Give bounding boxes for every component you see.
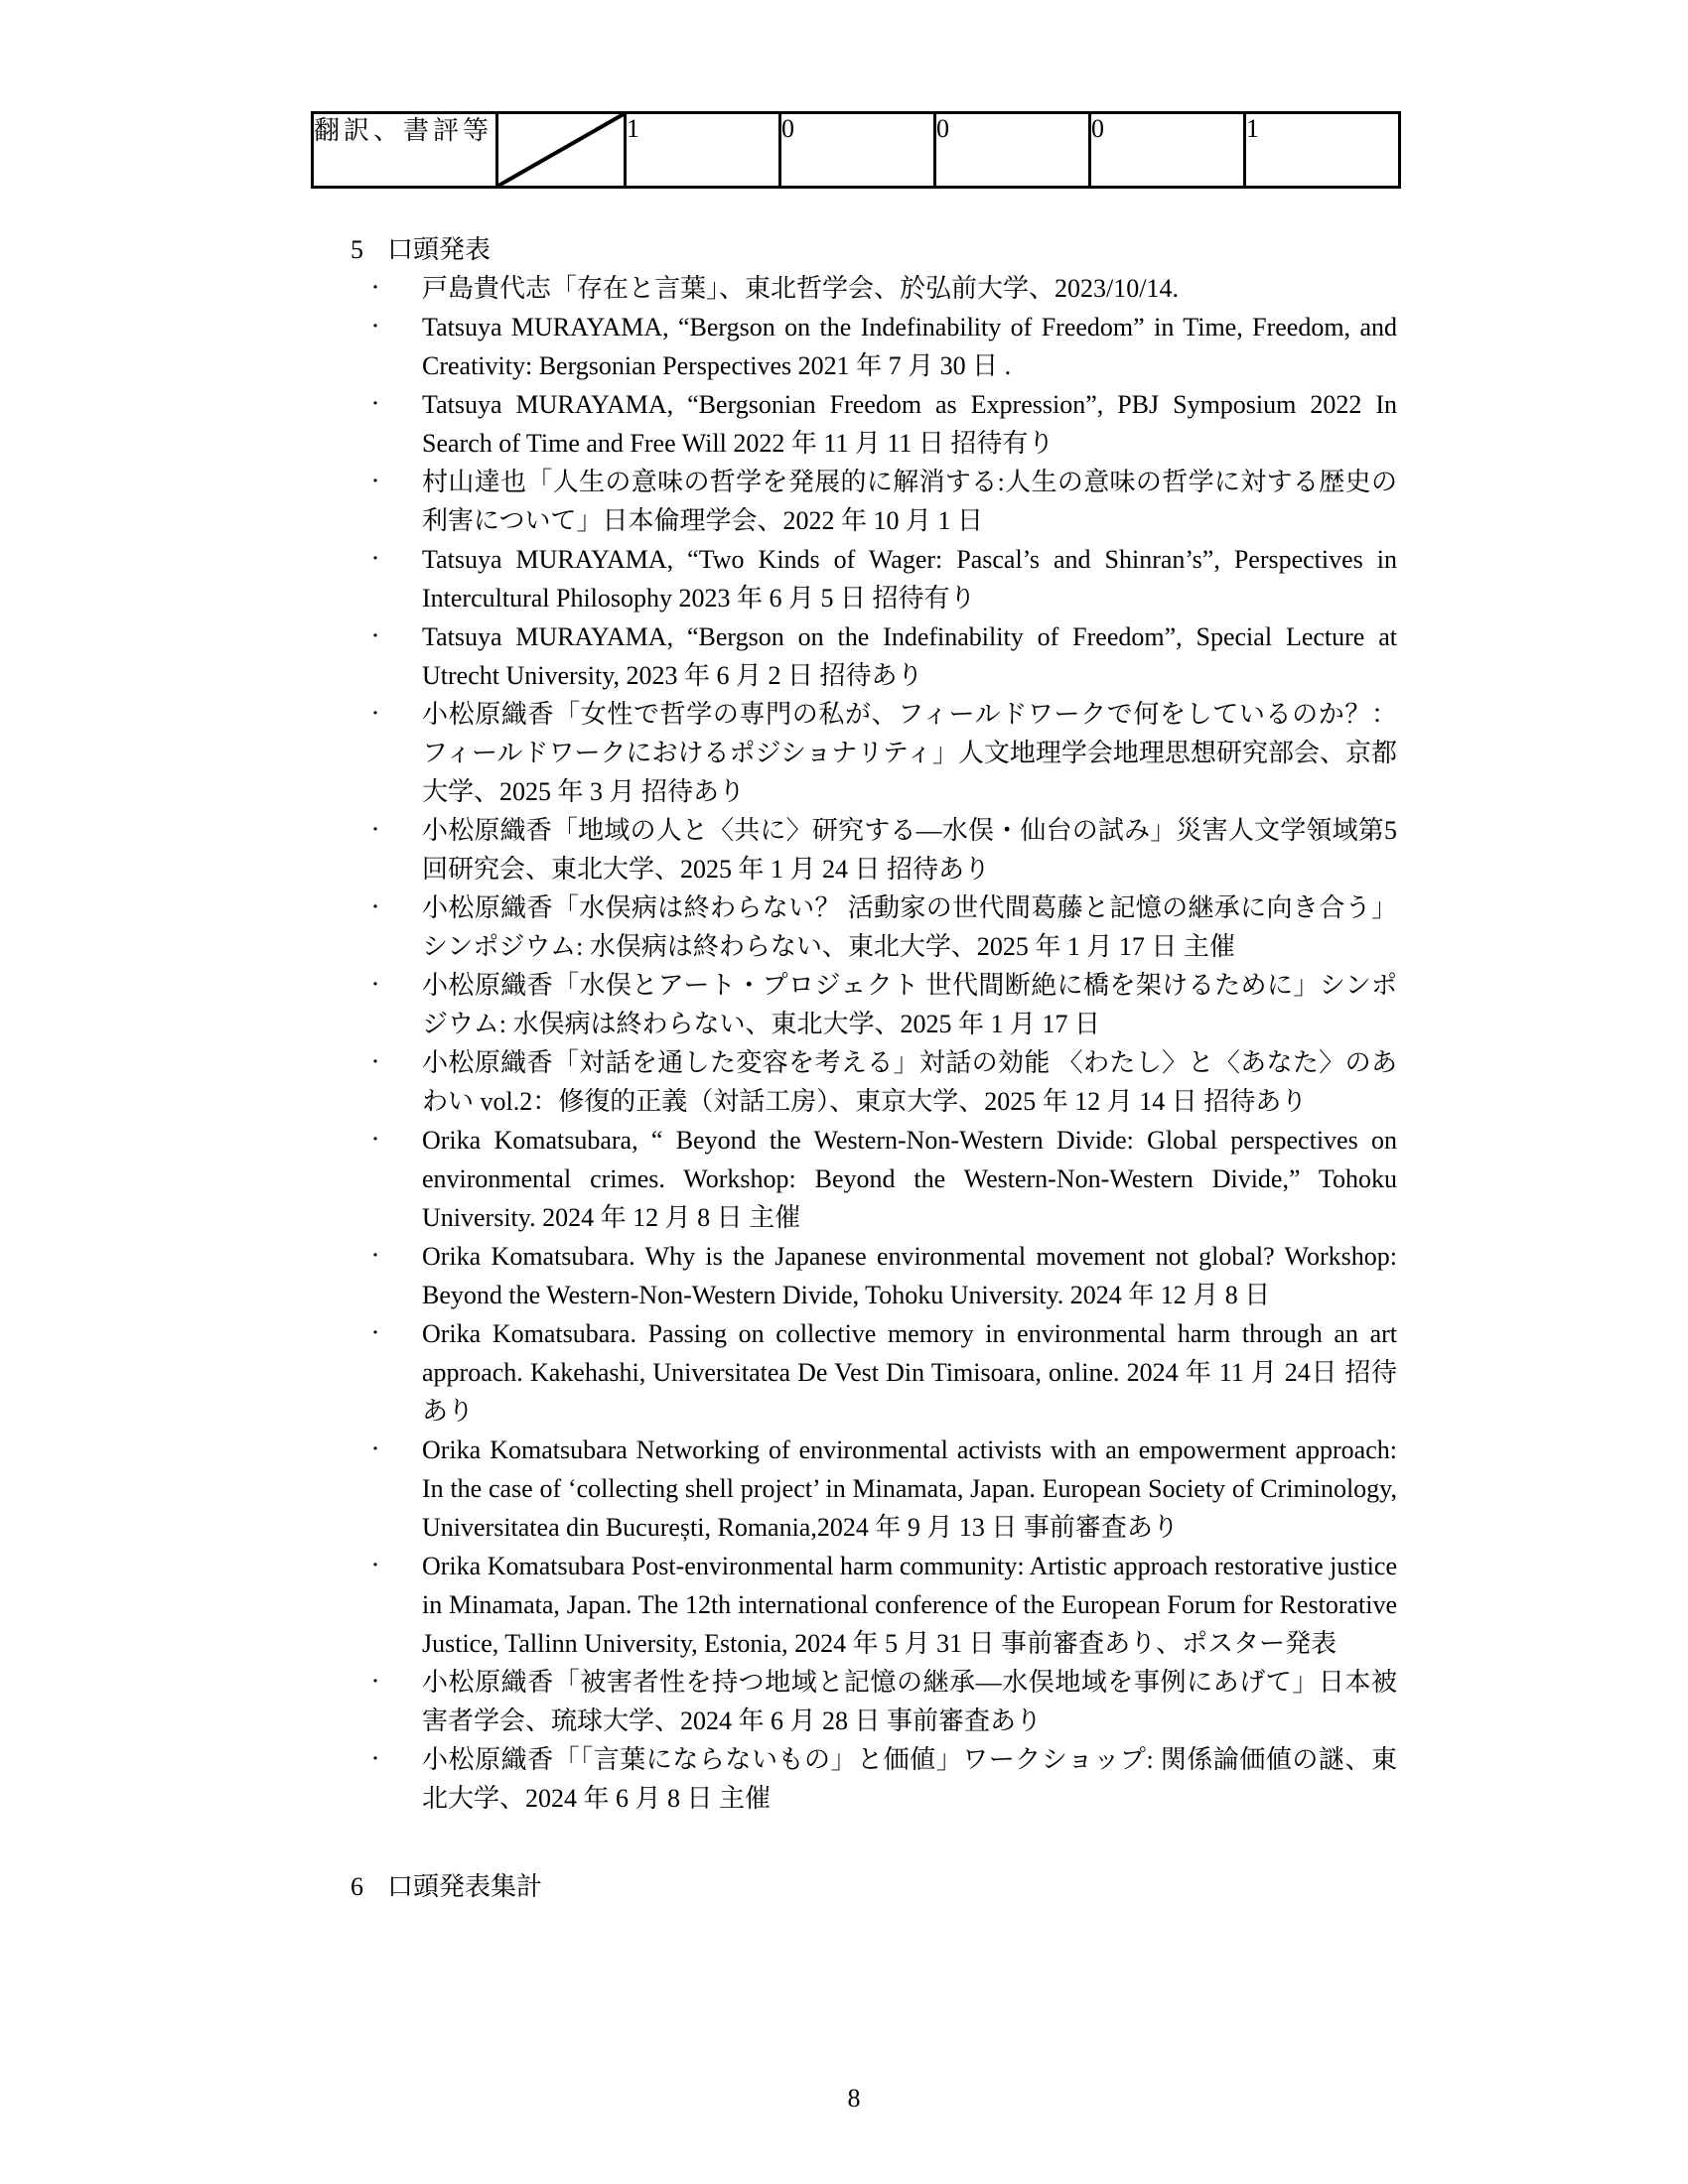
count-cell-2: 0 [780,113,935,188]
presentation-entry: 小松原織香「地域の人と〈共に〉研究する―水俣・仙台の試み」災害人文学領域第5回研… [422,811,1397,888]
presentation-entry: 小松原織香「対話を通した変容を考える」対話の効能 〈わたし〉と〈あなた〉のあわい… [422,1043,1397,1121]
bullet-marker: ・ [366,308,422,385]
presentation-entry: 小松原織香「「言葉にならないもの」と価値」ワークショップ: 関係論価値の謎、東北… [422,1740,1397,1818]
list-item: ・戸島貴代志「存在と言葉」、東北哲学会、於弘前大学、2023/10/14. [311,269,1397,308]
list-item: ・Tatsuya MURAYAMA, “Two Kinds of Wager: … [311,540,1397,617]
list-item: ・小松原織香「対話を通した変容を考える」対話の効能 〈わたし〉と〈あなた〉のあわ… [311,1043,1397,1121]
presentation-entry: 戸島貴代志「存在と言葉」、東北哲学会、於弘前大学、2023/10/14. [422,269,1397,308]
page-number: 8 [311,2079,1397,2117]
document-page: 翻訳、書評等 1 0 0 0 1 5口頭発表 ・戸島貴代志「存在と言葉」、東北哲… [0,0,1688,2184]
list-item: ・Orika Komatsubara Networking of environ… [311,1431,1397,1547]
bullet-marker: ・ [366,1237,422,1314]
count-cell-4: 0 [1090,113,1245,188]
row-label: 翻訳、書評等 [314,116,492,145]
section-title: 口頭発表集計 [387,1872,542,1901]
presentation-entry: Tatsuya MURAYAMA, “Two Kinds of Wager: P… [422,540,1397,617]
list-item: ・小松原織香「女性で哲学の専門の私が、フィールドワークで何をしているのか？： フ… [311,695,1397,811]
section-title: 口頭発表 [387,235,491,264]
diagonal-slash-icon [498,114,624,186]
bullet-marker: ・ [366,1314,422,1431]
presentation-entry: Orika Komatsubara. Passing on collective… [422,1314,1397,1431]
bullet-marker: ・ [366,1043,422,1121]
bullet-marker: ・ [366,540,422,617]
presentation-entry: Orika Komatsubara, “ Beyond the Western-… [422,1121,1397,1237]
list-item: ・Orika Komatsubara Post-environmental ha… [311,1547,1397,1663]
bullet-marker: ・ [366,385,422,463]
presentation-entry: 小松原織香「女性で哲学の専門の私が、フィールドワークで何をしているのか？： フィ… [422,695,1397,811]
bullet-marker: ・ [366,888,422,966]
bullet-marker: ・ [366,1547,422,1663]
bullet-marker: ・ [366,695,422,811]
presentation-entry: Tatsuya MURAYAMA, “Bergson on the Indefi… [422,617,1397,695]
section-5-heading: 5口頭発表 [311,230,1397,269]
presentation-entry: 小松原織香「水俣とアート・プロジェクト 世代間断絶に橋を架けるために」シンポジウ… [422,966,1397,1043]
list-item: ・Tatsuya MURAYAMA, “Bergsonian Freedom a… [311,385,1397,463]
list-item: ・Orika Komatsubara, “ Beyond the Western… [311,1121,1397,1237]
count-cell-5: 1 [1245,113,1400,188]
section-number: 6 [351,1867,387,1906]
section-number: 5 [351,230,387,269]
list-item: ・小松原織香「水俣病は終わらない？ 活動家の世代間葛藤と記憶の継承に向き合う」シ… [311,888,1397,966]
presentation-list: ・戸島貴代志「存在と言葉」、東北哲学会、於弘前大学、2023/10/14.・Ta… [311,269,1397,1818]
presentation-entry: Orika Komatsubara. Why is the Japanese e… [422,1237,1397,1314]
publication-count-table: 翻訳、書評等 1 0 0 0 1 [311,111,1401,189]
presentation-entry: Orika Komatsubara Post-environmental har… [422,1547,1397,1663]
bullet-marker: ・ [366,463,422,540]
list-item: ・小松原織香「被害者性を持つ地域と記憶の継承―水俣地域を事例にあげて」日本被害者… [311,1663,1397,1740]
bullet-marker: ・ [366,269,422,308]
bullet-marker: ・ [366,617,422,695]
list-item: ・村山達也「人生の意味の哲学を発展的に解消する:人生の意味の哲学に対する歴史の利… [311,463,1397,540]
section-6-heading: 6口頭発表集計 [311,1867,1397,1906]
presentation-entry: 村山達也「人生の意味の哲学を発展的に解消する:人生の意味の哲学に対する歴史の利害… [422,463,1397,540]
presentation-entry: 小松原織香「被害者性を持つ地域と記憶の継承―水俣地域を事例にあげて」日本被害者学… [422,1663,1397,1740]
count-cell-3: 0 [935,113,1090,188]
bullet-marker: ・ [366,1663,422,1740]
bullet-marker: ・ [366,1740,422,1818]
table-row: 翻訳、書評等 1 0 0 0 1 [313,113,1400,188]
list-item: ・小松原織香「水俣とアート・プロジェクト 世代間断絶に橋を架けるために」シンポジ… [311,966,1397,1043]
list-item: ・Tatsuya MURAYAMA, “Bergson on the Indef… [311,617,1397,695]
bullet-marker: ・ [366,1121,422,1237]
list-item: ・Orika Komatsubara. Passing on collectiv… [311,1314,1397,1431]
row-label-cell: 翻訳、書評等 [313,113,497,188]
list-item: ・Orika Komatsubara. Why is the Japanese … [311,1237,1397,1314]
count-cell-1: 1 [626,113,780,188]
page-content: 5口頭発表 ・戸島貴代志「存在と言葉」、東北哲学会、於弘前大学、2023/10/… [311,230,1397,1906]
presentation-entry: Tatsuya MURAYAMA, “Bergson on the Indefi… [422,308,1397,385]
bullet-marker: ・ [366,811,422,888]
diagonal-cell [497,113,626,188]
list-item: ・小松原織香「地域の人と〈共に〉研究する―水俣・仙台の試み」災害人文学領域第5回… [311,811,1397,888]
list-item: ・小松原織香「「言葉にならないもの」と価値」ワークショップ: 関係論価値の謎、東… [311,1740,1397,1818]
list-item: ・Tatsuya MURAYAMA, “Bergson on the Indef… [311,308,1397,385]
bullet-marker: ・ [366,966,422,1043]
presentation-entry: Orika Komatsubara Networking of environm… [422,1431,1397,1547]
presentation-entry: 小松原織香「水俣病は終わらない？ 活動家の世代間葛藤と記憶の継承に向き合う」シン… [422,888,1397,966]
bullet-marker: ・ [366,1431,422,1547]
presentation-entry: Tatsuya MURAYAMA, “Bergsonian Freedom as… [422,385,1397,463]
